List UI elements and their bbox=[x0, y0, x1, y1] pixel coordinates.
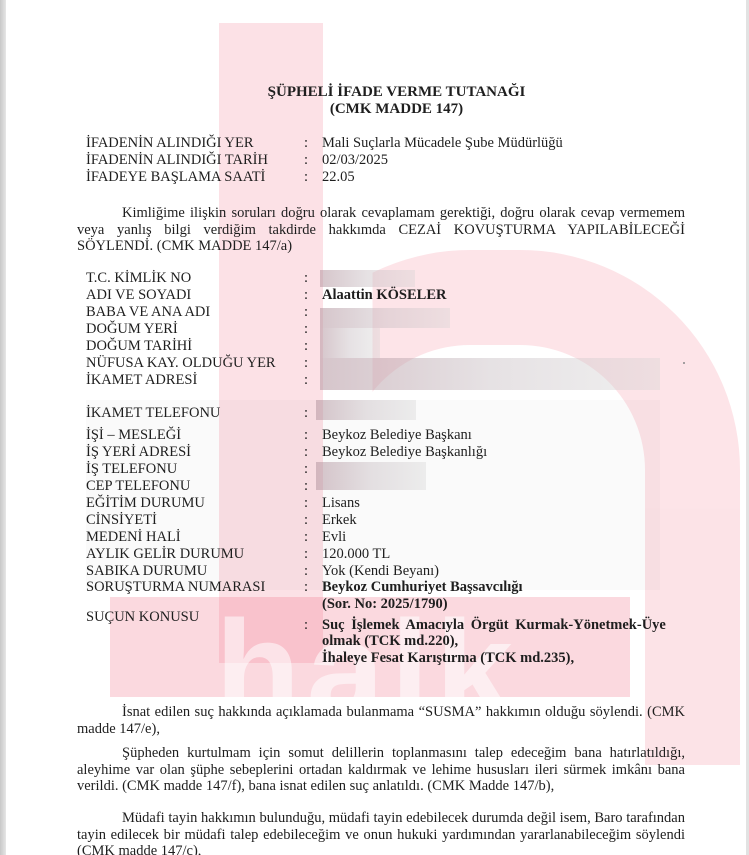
field-label: ADI VE SOYADI bbox=[86, 287, 191, 304]
field-value: Alaattin KÖSELER bbox=[322, 287, 446, 304]
field-label: SORUŞTURMA NUMARASI bbox=[86, 579, 265, 596]
field-value: (Sor. No: 2025/1790) bbox=[322, 596, 448, 613]
redacted-home-phone bbox=[316, 400, 416, 420]
field-colon: : bbox=[304, 478, 308, 495]
intro-paragraph: Kimliğime ilişkin soruları doğru olarak … bbox=[77, 205, 685, 255]
field-value: 02/03/2025 bbox=[322, 152, 388, 169]
field-colon: : bbox=[304, 563, 308, 580]
field-value: Yok (Kendi Beyanı) bbox=[322, 563, 439, 580]
field-value: Suç İşlemek Amacıyla Örgüt Kurmak-Yönetm… bbox=[322, 617, 666, 634]
field-colon: : bbox=[304, 444, 308, 461]
field-colon: : bbox=[304, 461, 308, 478]
field-colon: : bbox=[304, 287, 308, 304]
field-label: İKAMET TELEFONU bbox=[86, 405, 220, 422]
field-label: DOĞUM TARİHİ bbox=[86, 338, 192, 355]
field-colon: : bbox=[304, 405, 308, 422]
redacted-parents-names bbox=[320, 308, 450, 328]
document-title: ŞÜPHELİ İFADE VERME TUTANAĞI bbox=[0, 84, 749, 101]
paragraph-legal-counsel: Müdafi tayin hakkımın bulunduğu, müdafi … bbox=[77, 810, 685, 855]
field-label: MEDENİ HALİ bbox=[86, 529, 181, 546]
field-colon: : bbox=[304, 270, 308, 287]
field-value: İhaleye Fesat Karıştırma (TCK md.235), bbox=[322, 650, 574, 667]
field-label: İŞİ – MESLEĞİ bbox=[86, 427, 181, 444]
redacted-tc-id bbox=[320, 270, 415, 287]
field-colon: : bbox=[304, 304, 308, 321]
field-label: İKAMET ADRESİ bbox=[86, 372, 197, 389]
stray-mark bbox=[683, 362, 685, 364]
field-colon: : bbox=[304, 169, 308, 186]
field-label: DOĞUM YERİ bbox=[86, 321, 178, 338]
field-label: T.C. KİMLİK NO bbox=[86, 270, 191, 287]
field-colon: : bbox=[304, 372, 308, 389]
field-label: AYLIK GELİR DURUMU bbox=[86, 546, 244, 563]
field-label: SUÇUN KONUSU bbox=[86, 609, 199, 626]
document-subtitle: (CMK MADDE 147) bbox=[0, 101, 749, 118]
field-colon: : bbox=[304, 427, 308, 444]
field-value: 22.05 bbox=[322, 169, 355, 186]
field-label: EĞİTİM DURUMU bbox=[86, 495, 205, 512]
field-label: İŞ YERİ ADRESİ bbox=[86, 444, 191, 461]
page-edge-left bbox=[0, 0, 6, 855]
field-label: BABA VE ANA ADI bbox=[86, 304, 210, 321]
field-label: İŞ TELEFONU bbox=[86, 461, 177, 478]
redacted-birth-place bbox=[320, 328, 380, 358]
field-colon: : bbox=[304, 579, 308, 596]
field-label: SABIKA DURUMU bbox=[86, 563, 207, 580]
field-colon: : bbox=[304, 512, 308, 529]
field-colon: : bbox=[304, 617, 308, 634]
field-label: İFADENİN ALINDIĞI YER bbox=[86, 135, 254, 152]
field-label: İFADEYE BAŞLAMA SAATİ bbox=[86, 169, 265, 186]
field-label: CİNSİYETİ bbox=[86, 512, 157, 529]
redacted-phones bbox=[316, 462, 426, 490]
field-colon: : bbox=[304, 135, 308, 152]
field-value: 120.000 TL bbox=[322, 546, 390, 563]
redacted-registry-place-and-address bbox=[320, 358, 660, 390]
field-colon: : bbox=[304, 529, 308, 546]
paragraph-right-to-silence: İsnat edilen suç hakkında açıklamada bul… bbox=[77, 704, 685, 737]
field-value: Erkek bbox=[322, 512, 357, 529]
field-label: CEP TELEFONU bbox=[86, 478, 190, 495]
field-label: İFADENİN ALINDIĞI TARİH bbox=[86, 152, 268, 169]
field-colon: : bbox=[304, 355, 308, 372]
field-colon: : bbox=[304, 152, 308, 169]
field-value: Evli bbox=[322, 529, 346, 546]
field-colon: : bbox=[304, 321, 308, 338]
field-value: olmak (TCK md.220), bbox=[322, 633, 458, 650]
field-colon: : bbox=[304, 338, 308, 355]
field-value: Beykoz Belediye Başkanlığı bbox=[322, 444, 487, 461]
field-value: Mali Suçlarla Mücadele Şube Müdürlüğü bbox=[322, 135, 563, 152]
field-value: Lisans bbox=[322, 495, 360, 512]
field-label: NÜFUSA KAY. OLDUĞU YER bbox=[86, 355, 276, 372]
paragraph-evidence-request: Şüpheden kurtulmam için somut delillerin… bbox=[77, 745, 685, 795]
field-colon: : bbox=[304, 495, 308, 512]
field-value: Beykoz Belediye Başkanı bbox=[322, 427, 472, 444]
field-value: Beykoz Cumhuriyet Başsavcılığı bbox=[322, 579, 523, 596]
field-colon: : bbox=[304, 546, 308, 563]
